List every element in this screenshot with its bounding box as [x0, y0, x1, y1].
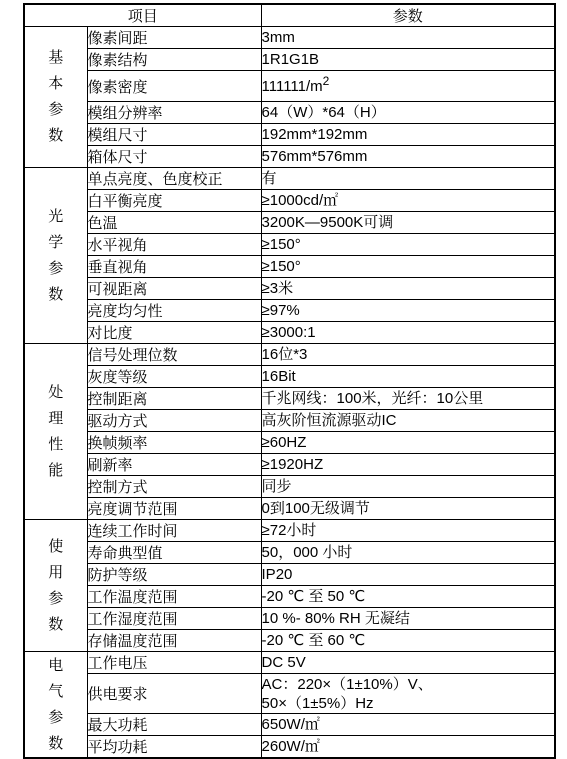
header-row: 项目 参数	[24, 4, 555, 27]
item-cell: 换帧频率	[87, 432, 261, 454]
table-row: 灰度等级16Bit	[24, 366, 555, 388]
header-item-label: 项目	[24, 4, 261, 27]
item-cell: 单点亮度、色度校正	[87, 168, 261, 190]
value-cell: 16Bit	[261, 366, 555, 388]
item-cell: 工作温度范围	[87, 586, 261, 608]
table-row: 最大功耗650W/㎡	[24, 714, 555, 736]
item-cell: 信号处理位数	[87, 344, 261, 366]
item-cell: 工作湿度范围	[87, 608, 261, 630]
table-row: 像素结构1R1G1B	[24, 49, 555, 71]
value-cell: -20 ℃ 至 60 ℃	[261, 630, 555, 652]
header-value-label: 参数	[261, 4, 555, 27]
value-cell: 650W/㎡	[261, 714, 555, 736]
value-cell: AC：220×（1±10%）V、 50×（1±5%）Hz	[261, 674, 555, 714]
item-cell: 像素密度	[87, 71, 261, 102]
value-cell: 111111/m2	[261, 71, 555, 102]
value-cell: 3200K—9500K可调	[261, 212, 555, 234]
table-row: 可视距离≥3米	[24, 278, 555, 300]
item-cell: 存储温度范围	[87, 630, 261, 652]
item-cell: 灰度等级	[87, 366, 261, 388]
table-row: 寿命典型值50，000 小时	[24, 542, 555, 564]
table-row: 刷新率≥1920HZ	[24, 454, 555, 476]
table-row: 箱体尺寸576mm*576mm	[24, 146, 555, 168]
value-cell: ≥1920HZ	[261, 454, 555, 476]
table-row: 亮度调节范围0到100无级调节	[24, 498, 555, 520]
table-row: 工作湿度范围10 %- 80% RH 无凝结	[24, 608, 555, 630]
table-row: 色温3200K—9500K可调	[24, 212, 555, 234]
item-cell: 箱体尺寸	[87, 146, 261, 168]
value-cell: 50，000 小时	[261, 542, 555, 564]
item-cell: 寿命典型值	[87, 542, 261, 564]
value-cell: 千兆网线：100米，光纤：10公里	[261, 388, 555, 410]
value-cell: ≥3000:1	[261, 322, 555, 344]
category-cell: 基 本 参 数	[24, 27, 87, 168]
superscript: 2	[323, 74, 330, 88]
table-row: 控制距离千兆网线：100米，光纤：10公里	[24, 388, 555, 410]
item-cell: 驱动方式	[87, 410, 261, 432]
table-row: 亮度均匀性≥97%	[24, 300, 555, 322]
item-cell: 像素间距	[87, 27, 261, 49]
item-cell: 对比度	[87, 322, 261, 344]
category-cell: 处 理 性 能	[24, 344, 87, 520]
item-cell: 色温	[87, 212, 261, 234]
value-cell: 10 %- 80% RH 无凝结	[261, 608, 555, 630]
spec-table: 项目 参数 基 本 参 数像素间距3mm像素结构1R1G1B像素密度111111…	[23, 3, 556, 759]
category-cell: 使 用 参 数	[24, 520, 87, 652]
item-cell: 亮度调节范围	[87, 498, 261, 520]
item-cell: 可视距离	[87, 278, 261, 300]
item-cell: 控制距离	[87, 388, 261, 410]
item-cell: 模组分辨率	[87, 102, 261, 124]
table-row: 垂直视角≥150°	[24, 256, 555, 278]
item-cell: 防护等级	[87, 564, 261, 586]
table-row: 控制方式同步	[24, 476, 555, 498]
value-cell: 0到100无级调节	[261, 498, 555, 520]
value-cell: 16位*3	[261, 344, 555, 366]
value-cell: 576mm*576mm	[261, 146, 555, 168]
table-row: 存储温度范围-20 ℃ 至 60 ℃	[24, 630, 555, 652]
value-cell: -20 ℃ 至 50 ℃	[261, 586, 555, 608]
table-row: 光 学 参 数单点亮度、色度校正有	[24, 168, 555, 190]
value-cell: ≥150°	[261, 256, 555, 278]
table-row: 模组分辨率64（W）*64（H）	[24, 102, 555, 124]
value-cell: ≥72小时	[261, 520, 555, 542]
item-cell: 刷新率	[87, 454, 261, 476]
table-row: 白平衡亮度≥1000cd/㎡	[24, 190, 555, 212]
table-row: 水平视角≥150°	[24, 234, 555, 256]
value-cell: 有	[261, 168, 555, 190]
item-cell: 平均功耗	[87, 736, 261, 759]
table-row: 换帧频率≥60HZ	[24, 432, 555, 454]
value-cell: 64（W）*64（H）	[261, 102, 555, 124]
table-row: 使 用 参 数连续工作时间≥72小时	[24, 520, 555, 542]
value-cell: 同步	[261, 476, 555, 498]
item-cell: 连续工作时间	[87, 520, 261, 542]
value-cell: ≥3米	[261, 278, 555, 300]
table-row: 驱动方式高灰阶恒流源驱动IC	[24, 410, 555, 432]
value-cell: ≥60HZ	[261, 432, 555, 454]
category-cell: 光 学 参 数	[24, 168, 87, 344]
value-cell: 3mm	[261, 27, 555, 49]
value-cell: 1R1G1B	[261, 49, 555, 71]
value-cell: 高灰阶恒流源驱动IC	[261, 410, 555, 432]
table-row: 基 本 参 数像素间距3mm	[24, 27, 555, 49]
item-cell: 亮度均匀性	[87, 300, 261, 322]
table-row: 防护等级IP20	[24, 564, 555, 586]
value-cell: IP20	[261, 564, 555, 586]
spec-table-body: 基 本 参 数像素间距3mm像素结构1R1G1B像素密度111111/m2模组分…	[24, 27, 555, 759]
value-cell: ≥97%	[261, 300, 555, 322]
table-row: 像素密度111111/m2	[24, 71, 555, 102]
value-cell: ≥1000cd/㎡	[261, 190, 555, 212]
item-cell: 像素结构	[87, 49, 261, 71]
table-row: 电 气 参 数工作电压DC 5V	[24, 652, 555, 674]
value-cell: DC 5V	[261, 652, 555, 674]
item-cell: 模组尺寸	[87, 124, 261, 146]
table-row: 模组尺寸192mm*192mm	[24, 124, 555, 146]
item-cell: 垂直视角	[87, 256, 261, 278]
value-cell: 260W/㎡	[261, 736, 555, 759]
table-row: 工作温度范围-20 ℃ 至 50 ℃	[24, 586, 555, 608]
table-row: 对比度≥3000:1	[24, 322, 555, 344]
category-cell: 电 气 参 数	[24, 652, 87, 759]
item-cell: 控制方式	[87, 476, 261, 498]
spec-sheet: 项目 参数 基 本 参 数像素间距3mm像素结构1R1G1B像素密度111111…	[0, 0, 567, 759]
table-row: 处 理 性 能信号处理位数16位*3	[24, 344, 555, 366]
value-cell: 192mm*192mm	[261, 124, 555, 146]
table-row: 平均功耗260W/㎡	[24, 736, 555, 759]
item-cell: 供电要求	[87, 674, 261, 714]
item-cell: 白平衡亮度	[87, 190, 261, 212]
item-cell: 水平视角	[87, 234, 261, 256]
item-cell: 工作电压	[87, 652, 261, 674]
table-row: 供电要求AC：220×（1±10%）V、 50×（1±5%）Hz	[24, 674, 555, 714]
value-cell: ≥150°	[261, 234, 555, 256]
item-cell: 最大功耗	[87, 714, 261, 736]
